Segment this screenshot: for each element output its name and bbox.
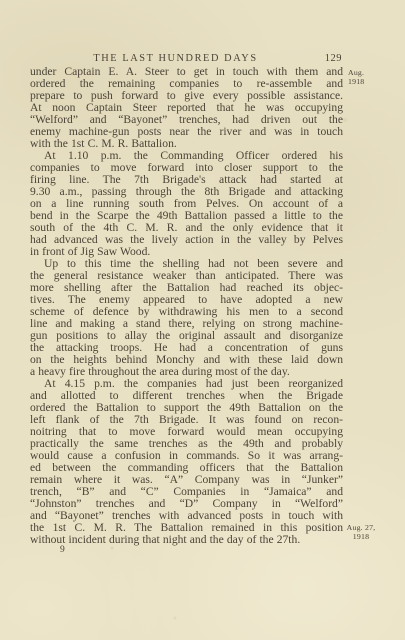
margin-note-line: 1918	[348, 78, 364, 87]
printer-signature-mark: 9	[60, 545, 65, 555]
margin-note-line: 1918	[346, 533, 376, 542]
page-number: 129	[325, 53, 342, 64]
running-title: THE LAST HUNDRED DAYS	[30, 53, 321, 64]
text-line: without incident during that night and t…	[30, 534, 343, 546]
margin-note-date-top: Aug. 1918	[348, 69, 364, 86]
body-text: under Captain E. A. Steer to get in touc…	[30, 66, 343, 546]
margin-note-date-bottom: Aug. 27, 1918	[346, 524, 376, 541]
book-page-scan: THE LAST HUNDRED DAYS 129 Aug. 1918 unde…	[0, 0, 405, 640]
